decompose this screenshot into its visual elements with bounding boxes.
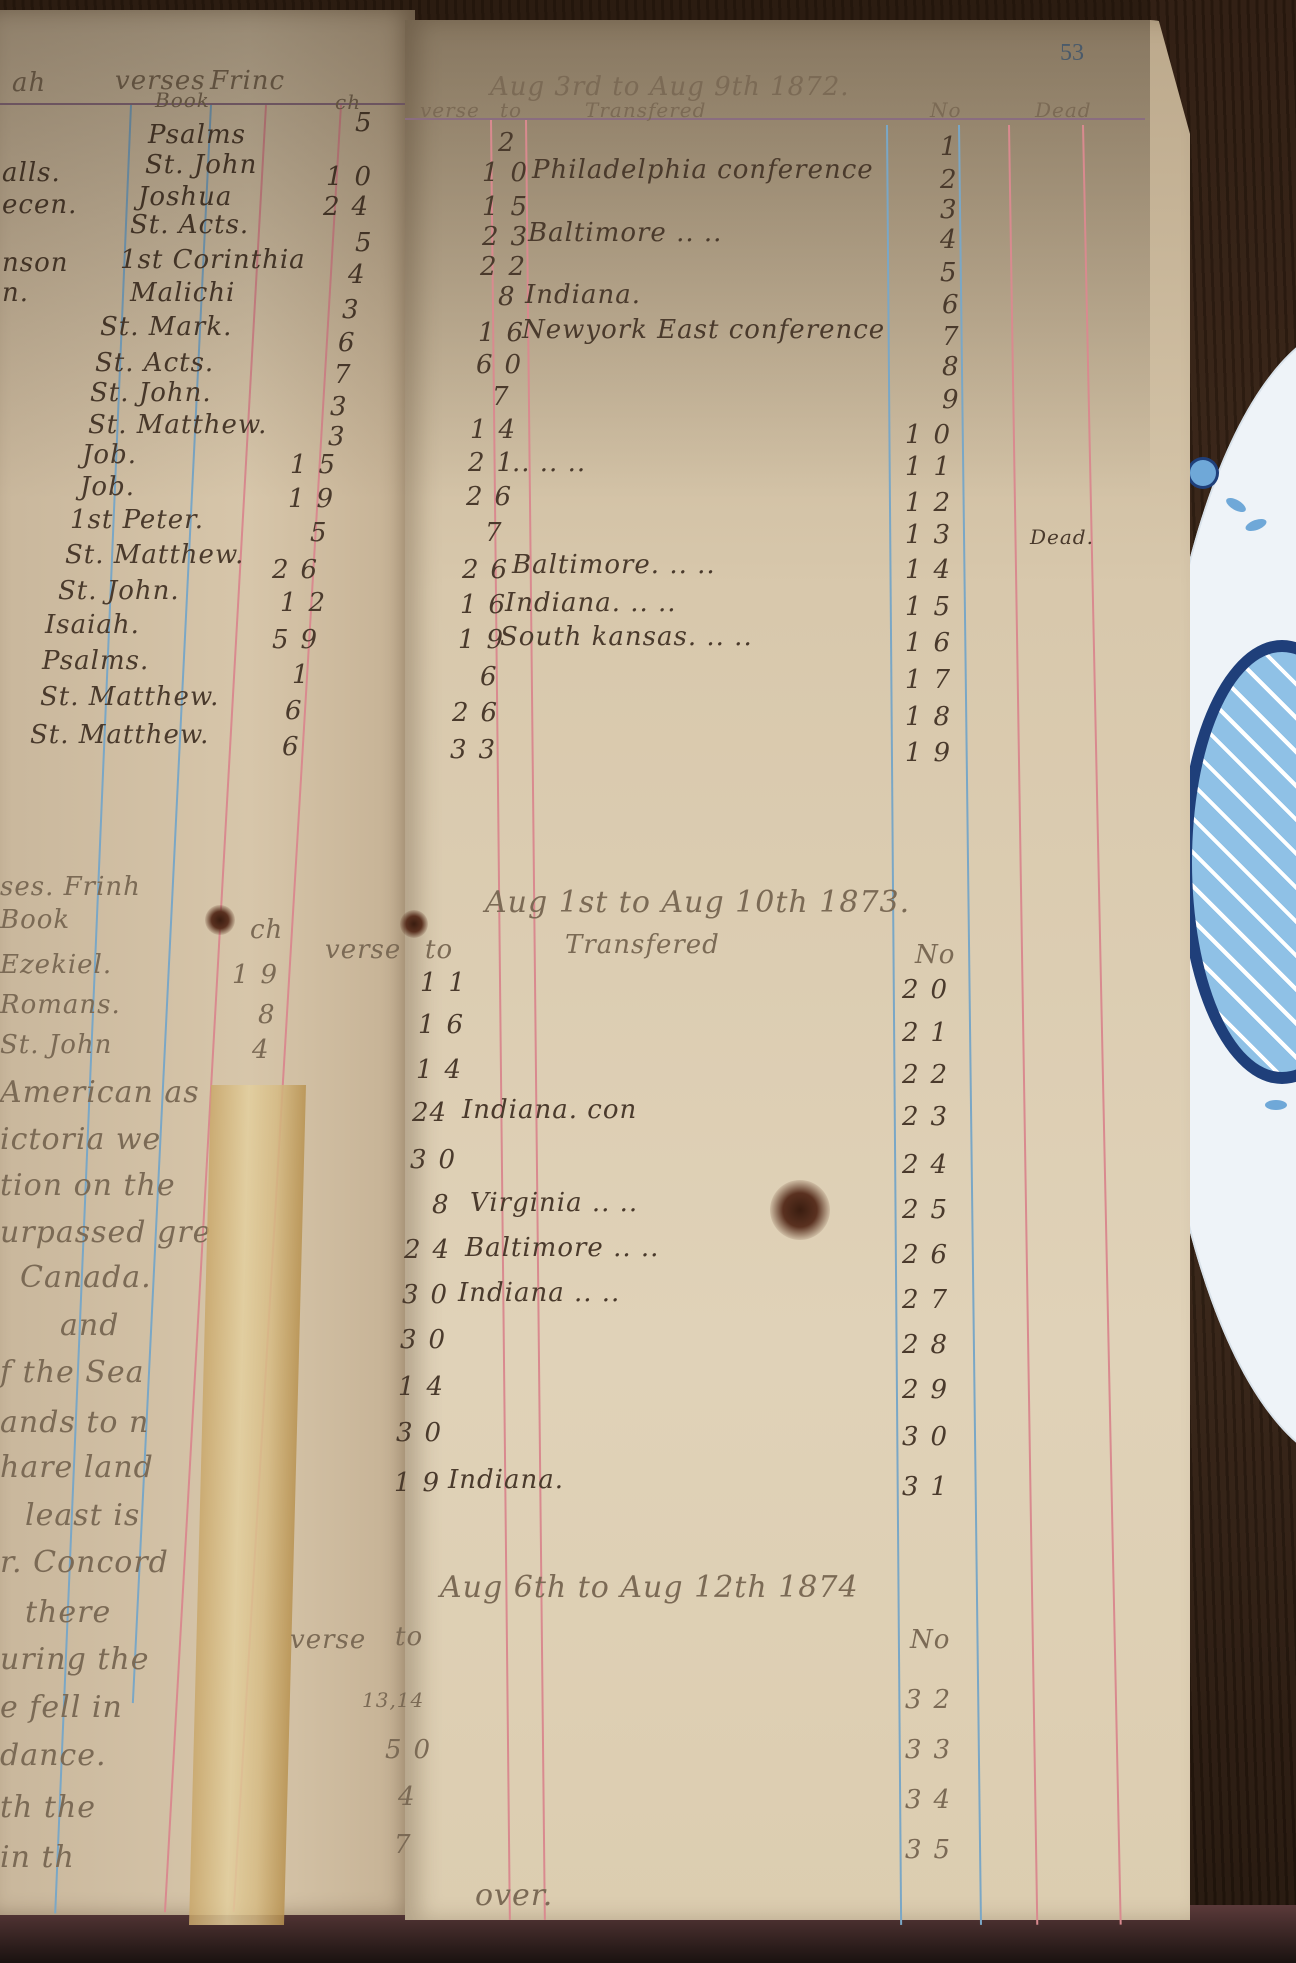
row-no: 9 [942,385,960,415]
row-verse: 6 [480,662,498,692]
row-no: 33 [905,1735,962,1765]
row-transferred: Newyork East conference [522,315,885,345]
row-verse: 19 [394,1468,451,1498]
entry-book: 1st Peter. [70,505,204,535]
row-verse: 14 [470,415,527,445]
row-verse: 22 [480,252,537,282]
margin-fragment: alls. [2,158,61,188]
row-no: 27 [902,1285,959,1315]
col-no-label: No [915,940,955,970]
col-transferred-label: Transfered [565,930,720,960]
entry-book: St. John [145,150,257,180]
row-no: 26 [902,1240,959,1270]
entry-book: Joshua [138,182,232,212]
entry-ch: 26 [272,555,329,585]
entry-book: St. Matthew. [65,540,244,570]
entry-ch: 4 [252,1035,270,1065]
prose-line: and [60,1308,119,1343]
prose-line: American as [0,1075,200,1110]
row-no: 28 [902,1330,959,1360]
row-verse: 8 [432,1190,450,1220]
prose-line: urpassed gre [0,1215,211,1250]
row-no: 5 [940,258,958,288]
entry-ch: 19 [232,960,289,990]
col-verse-label: verse [325,935,401,965]
col-to-label: to [500,98,522,122]
row-verse: 7 [485,518,503,548]
row-transferred: Baltimore. .. .. [512,550,716,580]
entry-book: Psalms [148,120,246,150]
entry-ch: 4 [348,260,366,290]
page-number: 53 [1060,40,1084,67]
left-section2-header: ses. Frinh [0,872,141,902]
row-no: 4 [940,225,958,255]
row-transferred: Indiana. con [462,1095,637,1125]
row-transferred: Indiana. [448,1465,564,1495]
entry-book: St. John. [58,576,180,606]
burn-mark [205,905,235,935]
row-verse: 26 [462,555,519,585]
prose-line: dance. [0,1738,107,1773]
entry-book: Job. [82,440,137,470]
row-verse: 33 [450,735,507,765]
row-no: 30 [902,1422,959,1452]
entry-book: Malichi [130,278,235,308]
entry-ch: 8 [258,1000,276,1030]
margin-fragment: n. [2,278,29,308]
margin-fragment: ecen. [2,190,77,220]
entry-ch: 12 [280,588,337,618]
row-no: 2 [940,165,958,195]
row-no: 23 [902,1102,959,1132]
row-verse: 4 [398,1782,416,1812]
row-verse: 7 [394,1830,412,1860]
row-verse: 30 [396,1418,453,1448]
burn-mark [770,1180,830,1240]
row-no: 3 [940,195,958,225]
entry-book: Romans. [0,990,121,1020]
row-no: 12 [905,488,962,518]
prose-line: ands to n [0,1405,149,1440]
entry-book: St. John. [90,378,212,408]
prose-line: r. Concord [0,1545,169,1580]
row-no: 32 [905,1685,962,1715]
prose-line: tion on the [0,1168,176,1203]
row-no: 7 [942,322,960,352]
entry-ch: 6 [338,328,356,358]
row-verse: 24 [412,1098,447,1128]
entry-book: St. Acts. [95,348,214,378]
row-verse: 8 [498,282,516,312]
row-no: 10 [905,420,962,450]
entry-book: St. Acts. [130,210,249,240]
entry-ch: 59 [272,625,329,655]
row-transferred: Indiana. [525,280,641,310]
row-transferred: Baltimore .. .. [528,218,722,248]
row-transferred: Indiana .. .. [458,1278,620,1308]
prose-line: in th [0,1840,75,1875]
entry-ch: 3 [328,422,346,452]
row-no: 13 [905,520,962,550]
row-verse: 10 [482,158,539,188]
left-header-col3: Frinc [210,66,285,96]
left-header-col1: ah [12,68,46,98]
entry-ch: 3 [330,392,348,422]
row-no: 19 [905,738,962,768]
row-transferred: Baltimore .. .. [465,1233,659,1263]
col-no-label: No [910,1625,950,1655]
row-no: 31 [902,1472,959,1502]
burn-mark [400,910,428,938]
plate-leaf-motif-icon [1265,1100,1287,1110]
entry-ch: 5 [310,518,328,548]
row-verse: 16 [418,1010,475,1040]
row-no: 17 [905,665,962,695]
footer-over-note: over. [475,1878,553,1913]
entry-book: St. Matthew. [30,720,209,750]
row-verse: 30 [410,1145,467,1175]
row-transferred: .. .. .. [512,448,586,478]
entry-book: 1st Corinthia [120,245,306,275]
entry-book: Isaiah. [45,610,140,640]
prose-line: e fell in [0,1690,123,1725]
entry-ch: 6 [282,732,300,762]
prose-line: hare land [0,1450,154,1485]
row-no: 11 [905,452,962,482]
left-section2-book-label: Book [0,905,70,935]
left-header-book-label: Book [155,88,210,112]
entry-ch: 24 [323,192,380,222]
prose-line: uring the [0,1642,149,1677]
row-no: 24 [902,1150,959,1180]
prose-line: there [25,1595,111,1630]
row-verse: 30 [402,1280,459,1310]
entry-ch: 10 [326,162,383,192]
col-dead-label: Dead [1035,98,1092,122]
row-transferred: Philadelphia conference [532,155,874,185]
row-verse: 24 [404,1235,461,1265]
prose-line: f the Sea [0,1355,145,1390]
row-verse: 26 [466,482,523,512]
entry-ch: 5 [355,108,373,138]
entry-ch: 5 [355,228,373,258]
section3-title: Aug 6th to Aug 12th 1874 [440,1570,859,1605]
row-no: 8 [942,352,960,382]
row-verse: 2 [498,128,516,158]
row-no: 35 [905,1835,962,1865]
entry-book: Job. [80,472,135,502]
col-to-label: to [425,935,453,965]
entry-ch: 19 [288,484,345,514]
row-verse: 50 [385,1735,442,1765]
row-verse: 30 [400,1325,457,1355]
row-verse: 26 [452,698,509,728]
col-no-label: No [930,98,962,122]
row-transferred: Indiana. .. .. [505,588,677,618]
entry-book: St. John [0,1030,112,1060]
entry-book: Ezekiel. [0,950,112,980]
entry-book: St. Matthew. [40,682,219,712]
prose-line: th the [0,1790,96,1825]
row-verse: 13,14 [362,1688,424,1712]
row-no: 22 [902,1060,959,1090]
margin-fragment: nson [2,248,69,278]
col-to-label: to [395,1622,423,1652]
row-transferred: South kansas. .. .. [500,622,753,652]
row-verse: 14 [398,1372,455,1402]
prose-line: Canada. [20,1260,152,1295]
row-no: 34 [905,1785,962,1815]
row-no: 15 [905,592,962,622]
row-transferred: Virginia .. .. [470,1188,638,1218]
entry-ch: 1 [292,660,310,690]
entry-book: St. Mark. [100,312,232,342]
entry-ch: 7 [334,360,352,390]
entry-ch: 3 [342,295,360,325]
prose-line: ictoria we [0,1122,161,1157]
row-verse: 14 [416,1055,473,1085]
plate-flower-motif-icon [1190,460,1216,486]
col-transferred-label: Transfered [585,98,706,122]
entry-book: St. Matthew. [88,410,267,440]
row-no: 16 [905,628,962,658]
col-verse-label: verse [420,98,480,122]
entry-ch: 6 [285,696,303,726]
row-no: 14 [905,555,962,585]
row-no: 18 [905,702,962,732]
row-no: 25 [902,1195,959,1225]
left-section2-ch-label: ch [250,915,283,945]
section2-title: Aug 1st to Aug 10th 1873. [485,885,910,920]
right-ledger-page [405,20,1190,1920]
entry-ch: 15 [290,450,347,480]
row-no: 29 [902,1375,959,1405]
entry-book: Psalms. [42,646,149,676]
row-verse: 60 [476,350,533,380]
row-verse: 7 [492,382,510,412]
row-no: 6 [942,290,960,320]
prose-line: least is [25,1498,140,1533]
row-dead-note: Dead. [1030,525,1094,549]
row-no: 21 [902,1018,959,1048]
row-no: 1 [940,132,958,162]
row-verse: 11 [420,968,477,998]
row-no: 20 [902,975,959,1005]
col-verse-label: verse [290,1625,366,1655]
